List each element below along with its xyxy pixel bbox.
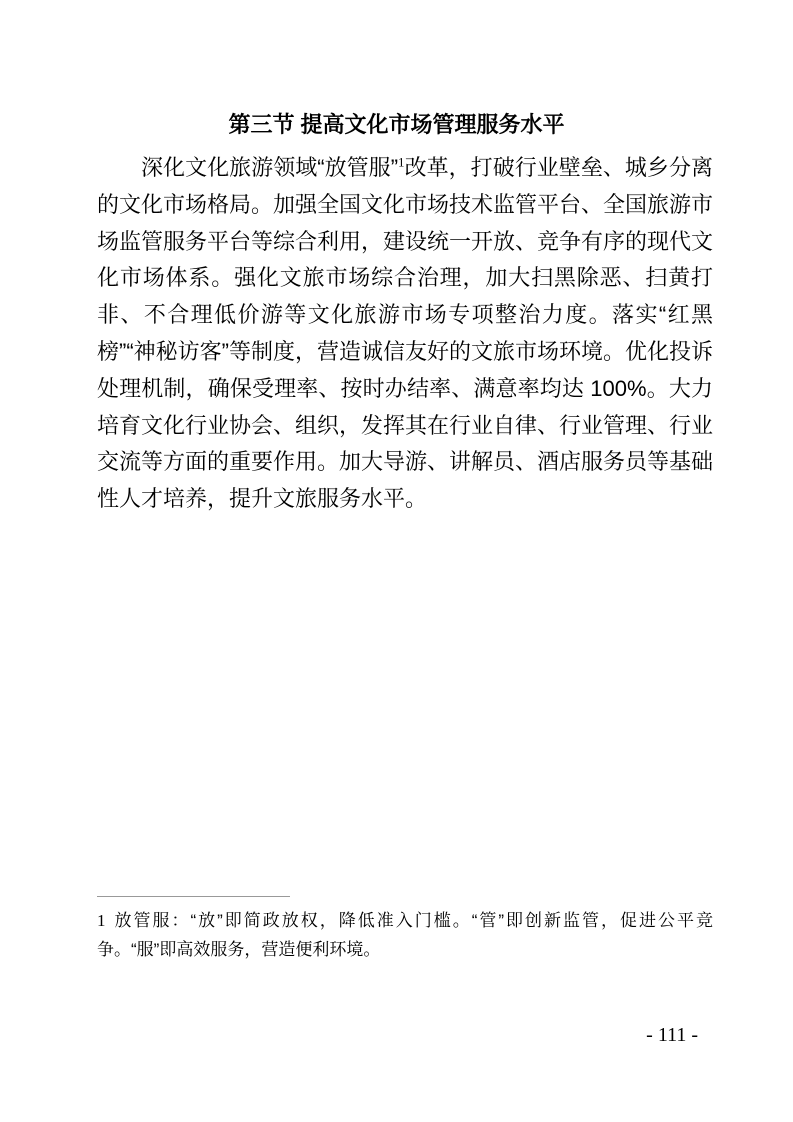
paragraph-text-after-ref: 改革，打破行业壁垒、城乡分离的文化市场格局。加强全国文化市场技术监管平台、全国旅… xyxy=(97,155,713,511)
footnote-area: 1放管服：“放”即简政放权，降低准入门槛。“管”即创新监管，促进公平竞争。“服”… xyxy=(97,896,713,964)
footnote-marker: 1 xyxy=(97,911,106,930)
footnote-body: 放管服：“放”即简政放权，降低准入门槛。“管”即创新监管，促进公平竞争。“服”即… xyxy=(97,911,713,959)
page-number: - 111 - xyxy=(646,1022,698,1048)
footnote-text: 1放管服：“放”即简政放权，降低准入门槛。“管”即创新监管，促进公平竞争。“服”… xyxy=(97,906,713,964)
document-page: 第三节 提高文化市场管理服务水平 深化文化旅游领域“放管服”1改革，打破行业壁垒… xyxy=(0,0,793,1122)
body-paragraph: 深化文化旅游领域“放管服”1改革，打破行业壁垒、城乡分离的文化市场格局。加强全国… xyxy=(97,150,713,518)
paragraph-text-before-ref: 深化文化旅游领域“放管服” xyxy=(141,155,398,180)
footnote-separator xyxy=(97,896,290,897)
section-heading: 第三节 提高文化市场管理服务水平 xyxy=(0,111,793,139)
